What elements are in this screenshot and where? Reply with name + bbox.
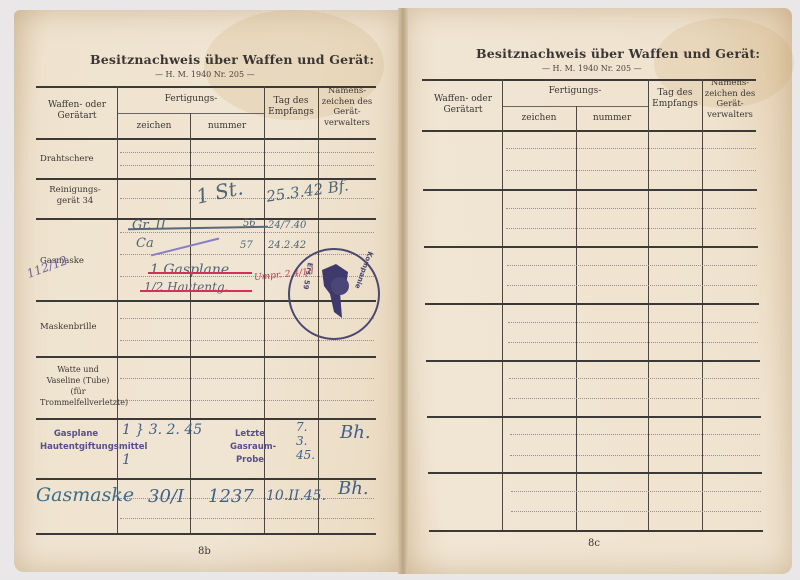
row-rule — [426, 360, 760, 362]
row-label-reinigungsgeraet: Reinigungs- gerät 34 — [40, 185, 110, 207]
col-divider — [190, 113, 191, 533]
header-fertigungs: Fertigungs- — [502, 86, 648, 97]
header-namenszeichen: Namens- zeichen des Gerät- verwalters — [702, 78, 758, 120]
row-rule — [425, 303, 759, 305]
header-bottom-rule — [36, 138, 376, 140]
row-rule — [36, 418, 376, 420]
right-page-subtitle: — H. M. 1940 Nr. 205 — — [542, 64, 642, 73]
dotted-guide — [509, 378, 759, 379]
crossed-gasplane: 1 Gasplane — [150, 262, 229, 278]
red-strike-1 — [148, 272, 252, 274]
header-tag-des-empfangs: Tag des Empfangs — [264, 96, 318, 118]
dotted-guide — [510, 434, 760, 435]
red-strike-2 — [140, 290, 252, 292]
eagle-icon — [320, 264, 350, 320]
letzte-gasraum-probe-label: Letzte Gasraum- Probe — [230, 428, 270, 467]
header-zeichen: zeichen — [502, 113, 576, 124]
last-row-label: Gasmaske — [36, 484, 134, 506]
stamp-top-text: Kompanie — [353, 250, 374, 290]
gasmaske-tag-2: 24.2.42 — [268, 240, 306, 251]
gasmaske-zeichen-2: Ca — [136, 236, 154, 251]
dotted-guide — [506, 148, 756, 149]
row-label-gasplane: Gasplane Hautentgiftungsmittel — [40, 428, 112, 454]
dotted-guide — [508, 342, 758, 343]
row-rule — [427, 416, 761, 418]
row-rule — [36, 478, 376, 480]
header-nummer: nummer — [576, 113, 648, 124]
header-bottom-rule — [422, 130, 756, 132]
row-label-drahtschere: Drahtschere — [40, 154, 94, 165]
last-row-nummer: 1237 — [208, 486, 254, 507]
dotted-guide — [506, 208, 756, 209]
dotted-guide — [506, 228, 756, 229]
dotted-guide — [507, 265, 757, 266]
last-row-zeichen: 30/I — [148, 486, 184, 507]
page-number-right: 8c — [588, 538, 600, 549]
row-rule — [36, 218, 376, 220]
header-namenszeichen: Namens- zeichen des Gerät- verwalters — [318, 86, 376, 128]
row-label-maskenbrille: Maskenbrille — [40, 322, 96, 333]
header-waffen: Waffen- oder Gerätart — [38, 100, 116, 122]
header-waffen: Waffen- oder Gerätart — [424, 94, 502, 116]
table-bottom-rule — [36, 533, 376, 535]
stamp-left-text: Ers. 59 — [301, 262, 314, 290]
book-gutter — [398, 8, 408, 574]
dotted-guide — [511, 511, 761, 512]
gasmaske-zeichen-1: Gr. II — [132, 218, 166, 233]
fertigungs-subrule — [502, 106, 648, 107]
page-number-left: 8b — [198, 546, 211, 557]
header-tag-des-empfangs: Tag des Empfangs — [648, 88, 702, 110]
right-page-title: Besitznachweis über Waffen und Gerät: — [476, 46, 760, 61]
dotted-guide — [507, 285, 757, 286]
dotted-guide — [120, 165, 374, 166]
letzte-probe-date: 7. 3. 45. — [296, 420, 316, 462]
header-nummer: nummer — [190, 121, 264, 132]
row-rule — [36, 356, 376, 358]
col-divider — [502, 79, 503, 531]
row-label-watte-vaseline: Watte und Vaseline (Tube) (für Trommelfe… — [40, 364, 116, 408]
dotted-guide — [508, 322, 758, 323]
row-rule — [424, 246, 758, 248]
last-row-tag: 10.II.45. — [266, 488, 326, 504]
header-zeichen: zeichen — [118, 121, 190, 132]
unit-stamp: Kompanie Ers. 59 — [288, 248, 380, 340]
left-page-title: Besitznachweis über Waffen und Gerät: — [90, 52, 374, 67]
dotted-guide — [120, 198, 374, 199]
header-fertigungs: Fertigungs- — [118, 94, 264, 105]
dotted-guide — [120, 400, 374, 401]
col-divider — [648, 79, 649, 531]
dotted-guide — [509, 398, 759, 399]
gasmaske-tag-1: 24/7.40 — [268, 220, 306, 231]
dotted-guide — [511, 491, 761, 492]
gasplane-qty: 1 } 3. 2. 45 — [122, 422, 202, 438]
table-bottom-rule — [429, 530, 763, 532]
left-page-subtitle: — H. M. 1940 Nr. 205 — — [155, 70, 255, 79]
dotted-guide — [506, 170, 756, 171]
dotted-guide — [120, 378, 374, 379]
row-rule — [423, 189, 757, 191]
row-rule — [428, 472, 762, 474]
dotted-guide — [120, 152, 374, 153]
fertigungs-subrule — [118, 113, 264, 114]
col-divider — [702, 79, 703, 531]
dotted-guide — [510, 455, 760, 456]
signature-1: Bh. — [340, 422, 371, 443]
gasmaske-nummer-2: 57 — [240, 240, 253, 251]
last-row-signature: Bh. — [338, 478, 369, 499]
dotted-guide — [120, 340, 374, 341]
col-divider — [117, 86, 118, 533]
crossed-hautentg: 1/2 Hautentg. — [144, 280, 228, 294]
gasplane-qty-2: 1 — [122, 452, 131, 468]
dotted-guide — [120, 518, 374, 519]
